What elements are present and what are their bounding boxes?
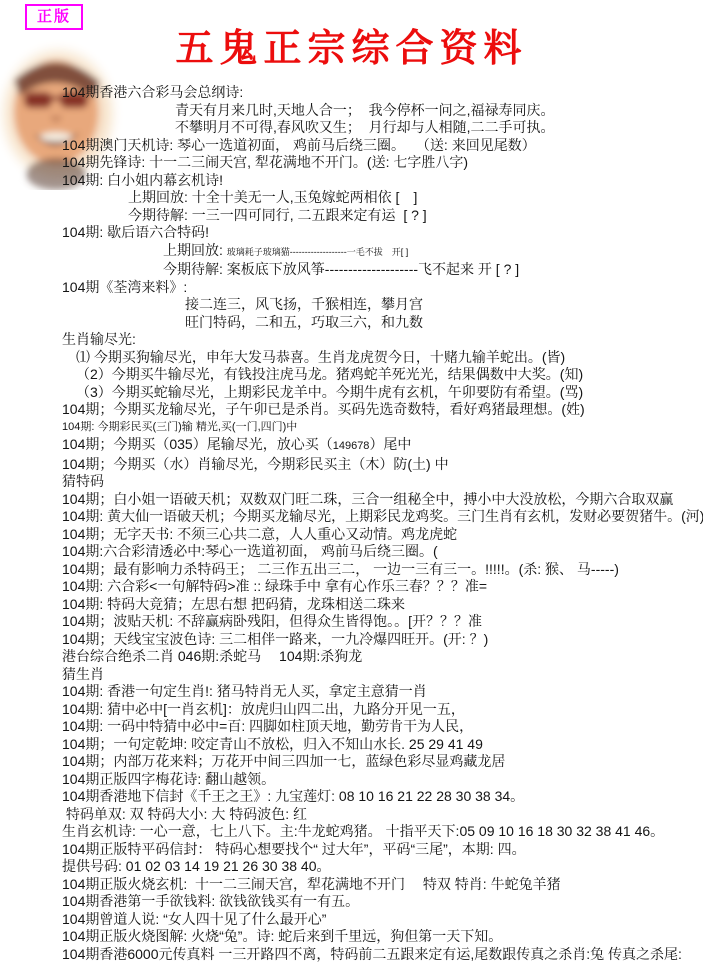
- text-line: 提供号码: 01 02 03 14 19 21 26 30 38 40。: [62, 858, 703, 876]
- text-line: 104期曾道人说: “女人四十见了什么最开心”: [62, 911, 703, 929]
- text-line: 旺门特码，二和五，巧取三六，和九数: [185, 314, 703, 332]
- text-line: 104期正版火烧图解: 火烧“兔”。诗: 蛇后来到千里远，狗但第一天下知。: [62, 928, 703, 946]
- text-line: 104期正版四字梅花诗: 翻山越领。: [62, 771, 703, 789]
- text-line: 104期香港地下信封《千王之王》: 九宝莲灯: 08 10 16 21 22 2…: [62, 788, 703, 806]
- text-line: 104期；波贴天机: 不辞赢病卧残阳，但得众生皆得饱。。[开？？？准: [62, 613, 703, 631]
- text-line: 104期；内部万花来料；万花开中间三四加一七，蓝绿色彩尽显鸡藏龙居: [62, 753, 703, 771]
- text-line: 上期回放: 玻璃耗子玻璃猫-------------------一毛不拔 开[ …: [163, 242, 703, 262]
- text-segment: 104期；今期买（035）尾输尽光，放心买（: [62, 436, 333, 452]
- text-segment: 上期回放:: [163, 242, 227, 258]
- text-line: 104期；今期买（035）尾输尽光，放心买（149678）尾中: [62, 436, 703, 456]
- page-title: 五鬼正宗综合资料: [0, 26, 703, 72]
- text-line: 104期正版特平码信封： 特码心想要找个“ 过大年”，平码“三尾”，本期: 四。: [62, 841, 703, 859]
- text-line: 104期: 六合彩<一句解特码>准 :: 绿珠手中 拿有心作乐三春？？？准=: [62, 578, 703, 596]
- text-line: 不攀明月不可得,春风吹又生； 月行却与人相随,二二手可执。: [175, 119, 703, 137]
- text-line: 104期: 黄大仙一语破天机；今期买龙输尽光，上期彩民龙鸡奖。三门生肖有玄机，发…: [62, 508, 703, 526]
- text-line: 104期香港第一手欲钱料: 欲钱欲钱买有一有五。: [62, 893, 703, 911]
- text-line: 特码单双: 双 特码大小: 大 特码波色: 红: [62, 806, 703, 824]
- text-line: 104期；最有影响力杀特码王； 二三作五出三二， 一边一三有三一。!!!!!。(…: [62, 561, 703, 579]
- text-line: 104期: 今期彩民买(三门)输 精光,买(一门,四门)中: [62, 419, 703, 437]
- text-line: 今期待解: 一三一四可同行, 二五跟来定有运 [ ? ]: [128, 207, 703, 225]
- text-line: 104期: 一码中特猜中必中=百: 四脚如柱顶天地，勤劳肯干为人民，: [62, 718, 703, 736]
- text-line: 104期；今期买龙输尽光，子午卯已是杀肖。买码先选奇数特，看好鸡猪最理想。(姓): [62, 401, 703, 419]
- text-line: 104期: 白小姐内幕玄机诗!: [62, 172, 703, 190]
- text-line: 生肖玄机诗: 一心一意，七上八下。主:牛龙蛇鸡猪。 十指平天下:05 09 10…: [62, 823, 703, 841]
- text-line: 上期回放: 十全十美无一人,玉兔嫁蛇两相依 [ ]: [128, 189, 703, 207]
- text-line: 生肖输尽光:: [62, 331, 703, 349]
- authentic-badge: 正版: [25, 4, 83, 30]
- text-line: 104期先锋诗: 十一二三闹天宫, 犁花满地不开门。(送: 七字胜八字): [62, 154, 703, 172]
- content-lines: 104期香港六合彩马会总纲诗:青天有月来几时,天地人合一； 我今停杯一问之,福禄…: [0, 84, 703, 963]
- text-line: 104期；天线宝宝波色诗: 三二相伴一路来，一九冷爆四旺开。(开: ？): [62, 631, 703, 649]
- text-line: （3）今期买蛇输尽光，上期彩民龙羊中。今期牛虎有玄机，午卯要防有希望。(骂): [76, 384, 703, 402]
- text-line: 今期待解: 案板底下放风筝--------------------飞不起来 开 …: [163, 261, 703, 279]
- text-line: 104期；无字天书: 不须三心共二意，人人重心又动情。鸡龙虎蛇: [62, 526, 703, 544]
- text-line: （2）今期买牛输尽光，有钱投注虎马龙。猪鸡蛇羊死光光，结果偶数中大奖。(知): [76, 366, 703, 384]
- text-line: 104期香港6000元传真料 一三开路四不离，特码前二五跟来定有运,尾数跟传真之…: [62, 946, 703, 964]
- text-line: 104期: 香港一句定生肖!: 猪马特肖无人买，拿定主意猜一肖: [62, 683, 703, 701]
- text-segment: ）尾中: [369, 436, 411, 452]
- text-line: 104期正版火烧玄机: 十一二三闹天宫，犁花满地不开门 特双 特肖: 牛蛇兔羊猪: [62, 876, 703, 894]
- text-line: 港台综合绝杀二肖 046期:杀蛇马 104期:杀狗龙: [62, 648, 703, 666]
- text-line: 104期《荃湾来料》:: [62, 279, 703, 297]
- text-line: 104期:六合彩清透必中:琴心一选道初面， 鸡前马后绕三圈。(: [62, 543, 703, 561]
- text-line: 104期: 歇后语六合特码!: [62, 224, 703, 242]
- text-line: 青天有月来几时,天地人合一； 我今停杯一问之,福禄寿同庆。: [175, 102, 703, 120]
- text-line: 猜生肖: [62, 666, 703, 684]
- text-segment: 玻璃耗子玻璃猫-------------------一毛不拔 开[ ]: [227, 247, 408, 257]
- text-line: ⑴ 今期买狗输尽光，申年大发马恭喜。生肖龙虎贺今日，十赌九输羊蛇出。(皆): [76, 349, 703, 367]
- text-line: 接二连三，风飞扬，千猴相连，攀月宫: [185, 296, 703, 314]
- page: { "badge": { "label": "正版" }, "title": "…: [0, 0, 703, 978]
- text-line: 猜特码: [62, 473, 703, 491]
- text-line: 104期；一句定乾坤: 咬定青山不放松，归入不知山水长. 25 29 41 49: [62, 736, 703, 754]
- text-line: 104期；白小姐一语破天机；双数双门旺二珠，三合一组秘全中，搏小中大没放松，今期…: [62, 491, 703, 509]
- text-line: 104期；今期买（水）肖输尽光，今期彩民买主（木）防(土) 中: [62, 456, 703, 474]
- text-segment: 149678: [333, 440, 370, 452]
- text-line: 104期: 特码大竞猜；左思右想 把码猜，龙珠相送二珠来: [62, 596, 703, 614]
- text-line: 104期: 猜中必中[一肖玄机]：放虎归山四二出，九路分开见一五，: [62, 701, 703, 719]
- text-line: 104期澳门天机诗: 琴心一选道初面， 鸡前马后绕三圈。 （送: 来回见尾数）: [62, 137, 703, 155]
- text-line: 104期香港六合彩马会总纲诗:: [62, 84, 703, 102]
